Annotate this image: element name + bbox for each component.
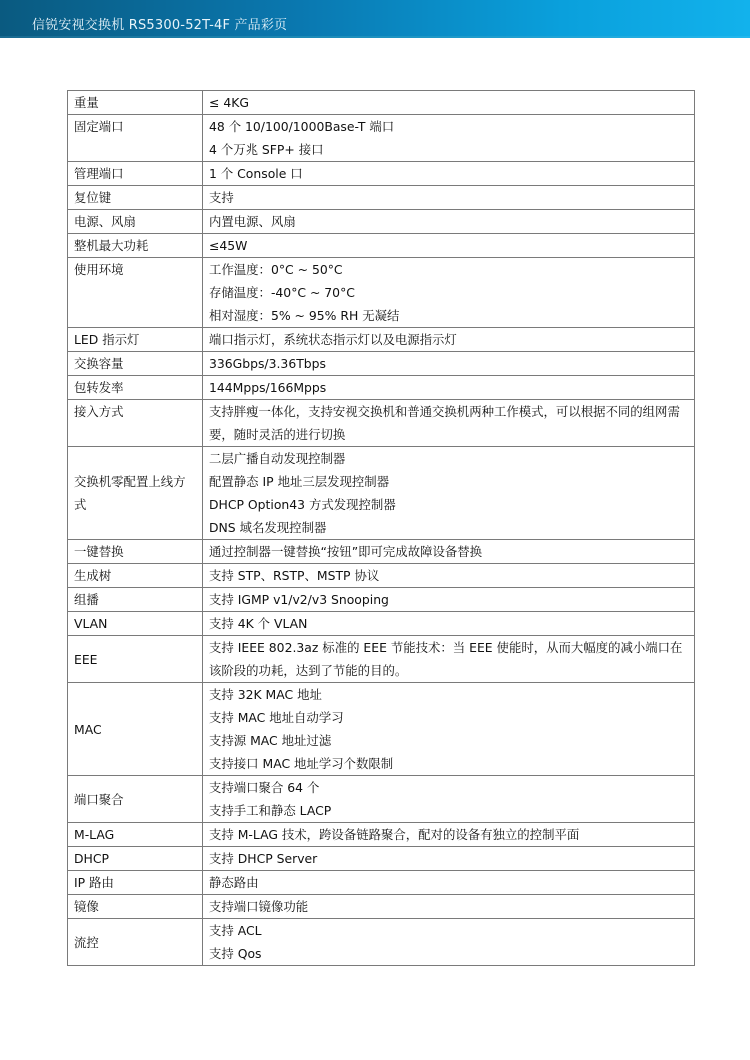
spec-label: M-LAG (68, 823, 203, 847)
header-banner: 信锐安视交换机 RS5300-52T-4F 产品彩页 (0, 0, 750, 36)
spec-label: 接入方式 (68, 400, 203, 447)
spec-label: 复位键 (68, 186, 203, 210)
spec-value: 内置电源、风扇 (209, 210, 688, 233)
table-row: 交换机零配置上线方式二层广播自动发现控制器配置静态 IP 地址三层发现控制器DH… (68, 447, 695, 540)
spec-value: 支持 DHCP Server (209, 847, 688, 870)
table-row: 一键替换通过控制器一键替换“按钮”即可完成故障设备替换 (68, 540, 695, 564)
spec-value-cell: 静态路由 (203, 871, 695, 895)
spec-value-cell: 内置电源、风扇 (203, 210, 695, 234)
spec-value: 48 个 10/100/1000Base-T 端口 (209, 115, 688, 138)
spec-value-cell: ≤45W (203, 234, 695, 258)
table-row: EEE支持 IEEE 802.3az 标准的 EEE 节能技术：当 EEE 使能… (68, 636, 695, 683)
table-row: 端口聚合支持端口聚合 64 个支持手工和静态 LACP (68, 776, 695, 823)
spec-value: 支持 (209, 186, 688, 209)
table-row: 复位键支持 (68, 186, 695, 210)
spec-value: 支持 Qos (209, 942, 688, 965)
spec-value-cell: 支持 32K MAC 地址支持 MAC 地址自动学习支持源 MAC 地址过滤支持… (203, 683, 695, 776)
spec-label: 固定端口 (68, 115, 203, 162)
spec-label: DHCP (68, 847, 203, 871)
spec-label: 重量 (68, 91, 203, 115)
spec-value: 支持 IGMP v1/v2/v3 Snooping (209, 588, 688, 611)
table-row: 包转发率144Mpps/166Mpps (68, 376, 695, 400)
table-row: 使用环境工作温度：0°C ~ 50°C存储温度：-40°C ~ 70°C相对湿度… (68, 258, 695, 328)
spec-value-cell: 支持 IEEE 802.3az 标准的 EEE 节能技术：当 EEE 使能时，从… (203, 636, 695, 683)
spec-value: 144Mpps/166Mpps (209, 376, 688, 399)
header-divider (0, 36, 750, 38)
spec-value: 静态路由 (209, 871, 688, 894)
spec-label: VLAN (68, 612, 203, 636)
table-row: 镜像支持端口镜像功能 (68, 895, 695, 919)
spec-value: 支持 M-LAG 技术，跨设备链路聚合，配对的设备有独立的控制平面 (209, 823, 688, 846)
spec-label: IP 路由 (68, 871, 203, 895)
table-row: IP 路由静态路由 (68, 871, 695, 895)
spec-value-cell: 支持端口聚合 64 个支持手工和静态 LACP (203, 776, 695, 823)
spec-value: 支持手工和静态 LACP (209, 799, 688, 822)
spec-value: 支持接口 MAC 地址学习个数限制 (209, 752, 688, 775)
spec-label: 交换机零配置上线方式 (68, 447, 203, 540)
spec-value: DHCP Option43 方式发现控制器 (209, 493, 688, 516)
table-row: 生成树支持 STP、RSTP、MSTP 协议 (68, 564, 695, 588)
spec-value-cell: 支持端口镜像功能 (203, 895, 695, 919)
spec-label: 流控 (68, 919, 203, 966)
spec-value-cell: 二层广播自动发现控制器配置静态 IP 地址三层发现控制器DHCP Option4… (203, 447, 695, 540)
table-row: VLAN支持 4K 个 VLAN (68, 612, 695, 636)
spec-label: MAC (68, 683, 203, 776)
spec-label: LED 指示灯 (68, 328, 203, 352)
spec-table-body: 重量≤ 4KG固定端口48 个 10/100/1000Base-T 端口4 个万… (68, 91, 695, 966)
spec-value-cell: 端口指示灯，系统状态指示灯以及电源指示灯 (203, 328, 695, 352)
spec-value: 二层广播自动发现控制器 (209, 447, 688, 470)
spec-value: 支持端口镜像功能 (209, 895, 688, 918)
spec-value: 支持 4K 个 VLAN (209, 612, 688, 635)
spec-value: 支持源 MAC 地址过滤 (209, 729, 688, 752)
spec-value-cell: 支持 M-LAG 技术，跨设备链路聚合，配对的设备有独立的控制平面 (203, 823, 695, 847)
document-title: 信锐安视交换机 RS5300-52T-4F 产品彩页 (32, 14, 287, 33)
table-row: 电源、风扇内置电源、风扇 (68, 210, 695, 234)
spec-label: 镜像 (68, 895, 203, 919)
table-row: MAC支持 32K MAC 地址支持 MAC 地址自动学习支持源 MAC 地址过… (68, 683, 695, 776)
spec-value-cell: 336Gbps/3.36Tbps (203, 352, 695, 376)
spec-value: 支持 32K MAC 地址 (209, 683, 688, 706)
spec-label: 端口聚合 (68, 776, 203, 823)
table-row: 固定端口48 个 10/100/1000Base-T 端口4 个万兆 SFP+ … (68, 115, 695, 162)
spec-value-cell: 144Mpps/166Mpps (203, 376, 695, 400)
spec-value-cell: 48 个 10/100/1000Base-T 端口4 个万兆 SFP+ 接口 (203, 115, 695, 162)
spec-label: EEE (68, 636, 203, 683)
spec-table: 重量≤ 4KG固定端口48 个 10/100/1000Base-T 端口4 个万… (67, 90, 695, 966)
spec-value: 配置静态 IP 地址三层发现控制器 (209, 470, 688, 493)
spec-value: ≤ 4KG (209, 91, 688, 114)
spec-value-cell: 支持 IGMP v1/v2/v3 Snooping (203, 588, 695, 612)
spec-label: 整机最大功耗 (68, 234, 203, 258)
table-row: 管理端口1 个 Console 口 (68, 162, 695, 186)
spec-label: 电源、风扇 (68, 210, 203, 234)
spec-value: 336Gbps/3.36Tbps (209, 352, 688, 375)
spec-value: 支持 IEEE 802.3az 标准的 EEE 节能技术：当 EEE 使能时，从… (209, 636, 688, 682)
spec-value: 支持 MAC 地址自动学习 (209, 706, 688, 729)
table-row: 组播支持 IGMP v1/v2/v3 Snooping (68, 588, 695, 612)
spec-label: 组播 (68, 588, 203, 612)
table-row: 接入方式支持胖瘦一体化，支持安视交换机和普通交换机两种工作模式，可以根据不同的组… (68, 400, 695, 447)
spec-value-cell: 支持 DHCP Server (203, 847, 695, 871)
table-row: LED 指示灯端口指示灯，系统状态指示灯以及电源指示灯 (68, 328, 695, 352)
spec-value: 支持端口聚合 64 个 (209, 776, 688, 799)
spec-value-cell: 支持 (203, 186, 695, 210)
spec-value-cell: 通过控制器一键替换“按钮”即可完成故障设备替换 (203, 540, 695, 564)
table-row: DHCP支持 DHCP Server (68, 847, 695, 871)
table-row: 重量≤ 4KG (68, 91, 695, 115)
spec-value-cell: 1 个 Console 口 (203, 162, 695, 186)
table-row: 交换容量336Gbps/3.36Tbps (68, 352, 695, 376)
spec-value: 端口指示灯，系统状态指示灯以及电源指示灯 (209, 328, 688, 351)
spec-value-cell: ≤ 4KG (203, 91, 695, 115)
spec-label: 包转发率 (68, 376, 203, 400)
spec-value: 支持 STP、RSTP、MSTP 协议 (209, 564, 688, 587)
spec-value: 通过控制器一键替换“按钮”即可完成故障设备替换 (209, 540, 688, 563)
spec-value-cell: 支持 STP、RSTP、MSTP 协议 (203, 564, 695, 588)
spec-value-cell: 支持 4K 个 VLAN (203, 612, 695, 636)
spec-value: 存储温度：-40°C ~ 70°C (209, 281, 688, 304)
spec-label: 管理端口 (68, 162, 203, 186)
table-row: M-LAG支持 M-LAG 技术，跨设备链路聚合，配对的设备有独立的控制平面 (68, 823, 695, 847)
spec-label: 一键替换 (68, 540, 203, 564)
spec-value-cell: 支持胖瘦一体化，支持安视交换机和普通交换机两种工作模式，可以根据不同的组网需要，… (203, 400, 695, 447)
spec-value: 1 个 Console 口 (209, 162, 688, 185)
spec-label: 交换容量 (68, 352, 203, 376)
spec-label: 使用环境 (68, 258, 203, 328)
spec-label: 生成树 (68, 564, 203, 588)
table-row: 整机最大功耗≤45W (68, 234, 695, 258)
spec-value-cell: 支持 ACL支持 Qos (203, 919, 695, 966)
spec-value: 工作温度：0°C ~ 50°C (209, 258, 688, 281)
spec-value: ≤45W (209, 234, 688, 257)
table-row: 流控支持 ACL支持 Qos (68, 919, 695, 966)
spec-value-cell: 工作温度：0°C ~ 50°C存储温度：-40°C ~ 70°C相对湿度：5% … (203, 258, 695, 328)
spec-value: 支持 ACL (209, 919, 688, 942)
spec-value: 相对湿度：5% ~ 95% RH 无凝结 (209, 304, 688, 327)
spec-value: 支持胖瘦一体化，支持安视交换机和普通交换机两种工作模式，可以根据不同的组网需要，… (209, 400, 688, 446)
spec-value: DNS 域名发现控制器 (209, 516, 688, 539)
spec-value: 4 个万兆 SFP+ 接口 (209, 138, 688, 161)
